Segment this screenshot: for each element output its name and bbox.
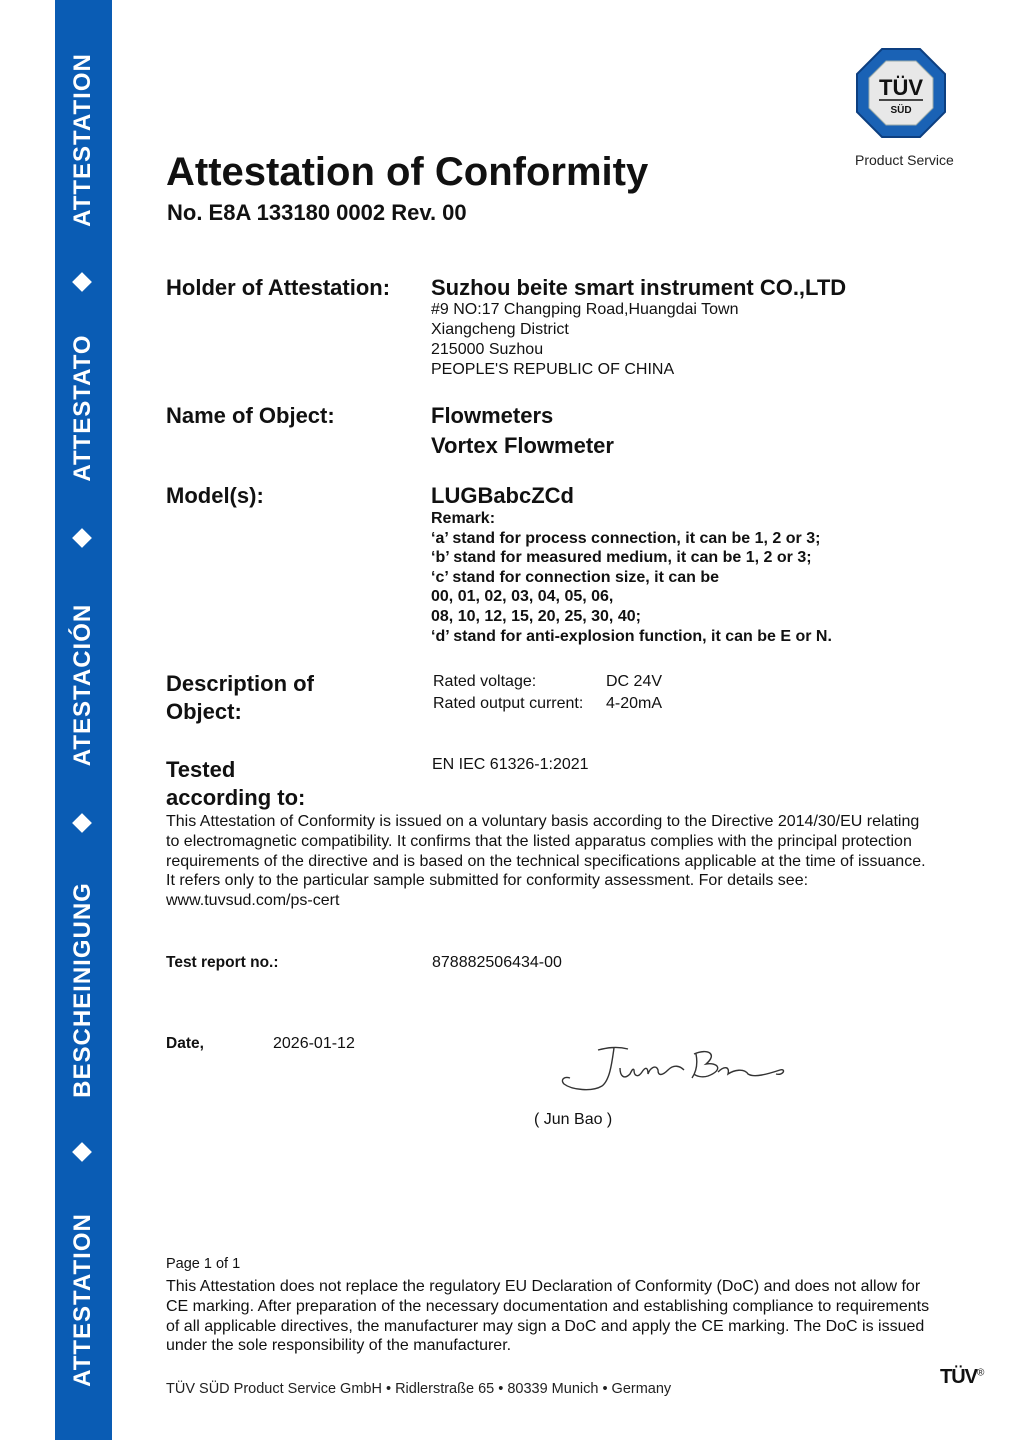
- report-number: 878882506434-00: [432, 953, 562, 973]
- signatory-name: ( Jun Bao ): [534, 1110, 612, 1130]
- remark-line: ‘b’ stand for measured medium, it can be…: [431, 548, 832, 568]
- band-text: ATTESTATION: [69, 1213, 97, 1387]
- svg-text:TÜV: TÜV: [879, 75, 923, 100]
- holder-address: #9 NO:17 Changping Road,Huangdai Town Xi…: [431, 300, 738, 380]
- date-label: Date,: [166, 1035, 204, 1053]
- date-value: 2026-01-12: [273, 1034, 355, 1054]
- band-text: ATTESTATION: [69, 53, 97, 227]
- remark-line: ‘d’ stand for anti-explosion function, i…: [431, 627, 832, 647]
- diamond-icon: [72, 528, 92, 548]
- report-label: Test report no.:: [166, 954, 279, 972]
- spec-values: DC 24V 4-20mA: [606, 671, 662, 715]
- certificate-number: No. E8A 133180 0002 Rev. 00: [167, 200, 467, 226]
- diamond-icon: [72, 272, 92, 292]
- address-line: Xiangcheng District: [431, 320, 738, 340]
- spec-names: Rated voltage: Rated output current:: [433, 671, 583, 715]
- model-remark: Remark: ‘a’ stand for process connection…: [431, 509, 832, 646]
- label-line: according to:: [166, 784, 305, 812]
- tuv-wordmark: TÜV: [940, 1366, 977, 1388]
- remark-line: 08, 10, 12, 15, 20, 25, 30, 40;: [431, 607, 832, 627]
- spec-name: Rated output current:: [433, 693, 583, 715]
- remark-line: ‘a’ stand for process connection, it can…: [431, 529, 832, 549]
- band-text: ATESTACIÓN: [69, 604, 97, 766]
- disclaimer: This Attestation does not replace the re…: [166, 1277, 941, 1356]
- address-line: PEOPLE'S REPUBLIC OF CHINA: [431, 360, 738, 380]
- models-label: Model(s):: [166, 483, 264, 509]
- model-code: LUGBabcZCd: [431, 483, 574, 509]
- label-line: Object:: [166, 698, 314, 726]
- svg-text:SÜD: SÜD: [890, 103, 911, 116]
- remark-line: ‘c’ stand for connection size, it can be: [431, 568, 832, 588]
- holder-label: Holder of Attestation:: [166, 275, 390, 301]
- band-text: ATTESTATO: [69, 334, 97, 481]
- tuv-sud-logo-icon: TÜV SÜD: [855, 47, 947, 139]
- page-title: Attestation of Conformity: [166, 150, 648, 195]
- description-label: Description of Object:: [166, 670, 314, 726]
- tuv-mark: TÜV®: [940, 1366, 983, 1389]
- registered-icon: ®: [977, 1367, 983, 1378]
- logo-caption: Product Service: [855, 152, 954, 168]
- spec-value: 4-20mA: [606, 693, 662, 715]
- footer-address: TÜV SÜD Product Service GmbH • Ridlerstr…: [166, 1381, 671, 1397]
- band-text: BESCHEINIGUNG: [69, 882, 97, 1098]
- tested-standard: EN IEC 61326-1:2021: [432, 755, 589, 775]
- address-line: 215000 Suzhou: [431, 340, 738, 360]
- object-label: Name of Object:: [166, 403, 335, 429]
- diamond-icon: [72, 813, 92, 833]
- spec-name: Rated voltage:: [433, 671, 583, 693]
- page-indicator: Page 1 of 1: [166, 1256, 240, 1272]
- tested-label: Tested according to:: [166, 756, 305, 812]
- remark-line: Remark:: [431, 509, 832, 529]
- side-band: ATTESTATION ATTESTATO ATESTACIÓN BESCHEI…: [55, 0, 112, 1440]
- spec-value: DC 24V: [606, 671, 662, 693]
- label-line: Tested: [166, 756, 305, 784]
- label-line: Description of: [166, 670, 314, 698]
- object-type: Vortex Flowmeter: [431, 433, 614, 459]
- holder-name: Suzhou beite smart instrument CO.,LTD: [431, 275, 846, 301]
- object-name: Flowmeters: [431, 403, 553, 429]
- conformity-statement: This Attestation of Conformity is issued…: [166, 812, 926, 911]
- diamond-icon: [72, 1142, 92, 1162]
- signature-icon: [558, 1040, 793, 1095]
- remark-line: 00, 01, 02, 03, 04, 05, 06,: [431, 587, 832, 607]
- address-line: #9 NO:17 Changping Road,Huangdai Town: [431, 300, 738, 320]
